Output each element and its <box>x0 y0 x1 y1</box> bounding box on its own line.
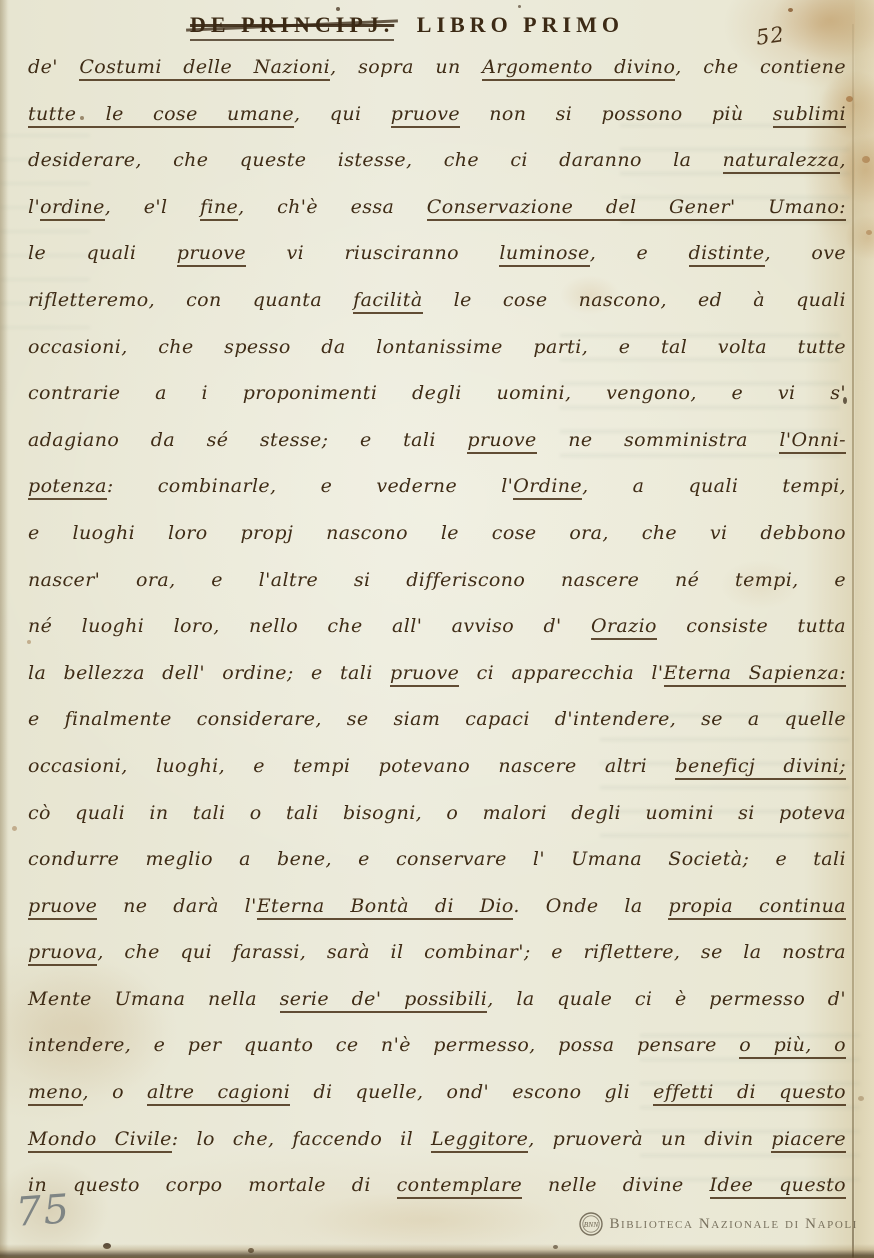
text-segment: non si possono più <box>460 103 773 125</box>
manuscript-line: la bellezza dell' ordine; e tali pruove … <box>28 650 846 697</box>
text-segment: , <box>840 149 846 171</box>
manuscript-line: l'ordine, e'l fine, ch'è essa Conservazi… <box>28 184 846 231</box>
text-segment: , che qui farassi, sarà il combinar'; e … <box>97 941 846 963</box>
manuscript-line: Mondo Civile: lo che, faccendo il Leggit… <box>28 1116 846 1163</box>
manuscript-line: potenza: combinarle, e vederne l'Ordine,… <box>28 463 846 510</box>
text-segment: nascer' ora, e l'altre si differiscono n… <box>28 569 846 591</box>
page-edge-bottom <box>0 1244 874 1258</box>
page-header: DE PRINCIPJ. LIBRO PRIMO <box>0 12 814 41</box>
manuscript-line: nascer' ora, e l'altre si differiscono n… <box>28 557 846 604</box>
text-segment: occasioni, luoghi, e tempi potevano nasc… <box>28 755 675 777</box>
text-segment: . Onde la <box>513 895 668 917</box>
manuscript-line: Mente Umana nella serie de' possibili, l… <box>28 976 846 1023</box>
underlined-phrase: Eterna Sapienza: <box>664 662 847 687</box>
underlined-phrase: beneficj divini; <box>675 755 846 780</box>
text-segment: ne somministra <box>537 429 780 451</box>
library-stamp-text: Biblioteca Nazionale di Napoli <box>609 1216 858 1233</box>
manuscript-line: intendere, e per quanto ce n'è permesso,… <box>28 1022 846 1069</box>
text-segment: ci apparecchia l' <box>459 662 663 684</box>
manuscript-line: adagiano da sé stesse; e tali pruove ne … <box>28 417 846 464</box>
underlined-phrase: meno <box>28 1081 83 1106</box>
text-segment: , a quali tempi, <box>582 475 846 497</box>
underlined-phrase: naturalezza <box>723 149 840 174</box>
text-segment: intendere, e per quanto ce n'è permesso,… <box>28 1034 739 1056</box>
text-segment: , ove <box>765 242 846 264</box>
underlined-phrase: Costumi delle Nazioni <box>79 56 330 81</box>
text-segment: occasioni, che spesso da lontanissime pa… <box>28 336 846 358</box>
underlined-phrase: potenza <box>28 475 107 500</box>
manuscript-line: pruova, che qui farassi, sarà il combina… <box>28 929 846 976</box>
text-segment: contrarie a i proponimenti degli uomini,… <box>28 382 846 404</box>
text-segment: , la quale ci è permesso d' <box>487 988 846 1010</box>
underlined-phrase: pruove <box>467 429 536 454</box>
manuscript-line: le quali pruove vi riusciranno luminose,… <box>28 230 846 277</box>
manuscript-lines: de' Costumi delle Nazioni, sopra un Argo… <box>28 44 846 1209</box>
underlined-phrase: fine <box>200 196 238 221</box>
underlined-phrase: altre cagioni <box>147 1081 290 1106</box>
text-segment: , e'l <box>105 196 200 218</box>
text-segment: , pruoverà un divin <box>528 1128 771 1150</box>
underlined-phrase: o più, o <box>739 1034 846 1059</box>
manuscript-line: e finalmente considerare, se siam capaci… <box>28 696 846 743</box>
text-segment: , e <box>590 242 689 264</box>
text-segment: cò quali in tali o tali bisogni, o malor… <box>28 802 846 824</box>
text-segment: in questo corpo mortale di <box>28 1174 397 1196</box>
text-segment: , qui <box>294 103 391 125</box>
manuscript-line: pruove ne darà l'Eterna Bontà di Dio. On… <box>28 883 846 930</box>
text-segment: de' <box>28 56 79 78</box>
underlined-phrase: effetti di questo <box>653 1081 846 1106</box>
underlined-phrase: pruove <box>390 662 459 687</box>
manuscript-line: condurre meglio a bene, e conservare l' … <box>28 836 846 883</box>
underlined-phrase: Mondo Civile <box>28 1128 172 1153</box>
underlined-phrase: Argomento divino <box>482 56 675 81</box>
text-segment: , ch'è essa <box>238 196 427 218</box>
text-segment: né luoghi loro, nello che all' avviso d' <box>28 615 591 637</box>
underlined-phrase: propia continua <box>668 895 846 920</box>
text-segment: le quali <box>28 242 177 264</box>
manuscript-line: e luoghi loro propj nascono le cose ora,… <box>28 510 846 557</box>
manuscript-line: desiderare, che queste istesse, che ci d… <box>28 137 846 184</box>
text-segment: rifletteremo, con quanta <box>28 289 353 311</box>
text-segment: ne darà l' <box>97 895 256 917</box>
underlined-phrase: Idee questo <box>710 1174 846 1199</box>
page-number-bottom-left: 75 <box>14 1186 72 1236</box>
underlined-phrase: pruove <box>177 242 246 267</box>
text-segment: la bellezza dell' ordine; e tali <box>28 662 390 684</box>
text-segment: , sopra un <box>330 56 482 78</box>
page-fold-line <box>852 24 854 1258</box>
manuscript-line: contrarie a i proponimenti degli uomini,… <box>28 370 846 417</box>
manuscript-line: rifletteremo, con quanta facilità le cos… <box>28 277 846 324</box>
text-segment: desiderare, che queste istesse, che ci d… <box>28 149 723 171</box>
text-segment: l' <box>28 196 40 218</box>
text-segment: Mente Umana nella <box>28 988 280 1010</box>
manuscript-line: meno, o altre cagioni di quelle, ond' es… <box>28 1069 846 1116</box>
underlined-phrase: distinte <box>689 242 765 267</box>
text-segment: nelle divine <box>522 1174 709 1196</box>
manuscript-line: cò quali in tali o tali bisogni, o malor… <box>28 790 846 837</box>
underlined-phrase: ordine <box>40 196 105 221</box>
monogram-letters: BNN <box>584 1220 600 1229</box>
underlined-phrase: pruova <box>28 941 97 966</box>
text-segment: , che contiene <box>675 56 846 78</box>
manuscript-line: né luoghi loro, nello che all' avviso d'… <box>28 603 846 650</box>
library-monogram-icon: BNN <box>579 1212 603 1236</box>
text-segment: di quelle, ond' escono gli <box>290 1081 653 1103</box>
page-title: LIBRO PRIMO <box>417 12 624 38</box>
underlined-phrase: Leggitore <box>431 1128 528 1153</box>
library-stamp: BNN Biblioteca Nazionale di Napoli <box>579 1212 858 1236</box>
text-segment: consiste tutta <box>657 615 846 637</box>
underlined-phrase: pruove <box>391 103 460 128</box>
underlined-phrase: Orazio <box>591 615 657 640</box>
underlined-phrase: sublimi <box>773 103 846 128</box>
text-segment: le cose nascono, ed à quali <box>423 289 846 311</box>
underlined-phrase: Ordine <box>513 475 582 500</box>
text-segment: : lo che, faccendo il <box>172 1128 431 1150</box>
underlined-phrase: Conservazione del Gener' Umano: <box>427 196 846 221</box>
underlined-phrase: l'Onni- <box>779 429 846 454</box>
manuscript-line: de' Costumi delle Nazioni, sopra un Argo… <box>28 44 846 91</box>
manuscript-line: tutte le cose umane, qui pruove non si p… <box>28 91 846 138</box>
underlined-phrase: serie de' possibili <box>280 988 488 1013</box>
text-segment: condurre meglio a bene, e conservare l' … <box>28 848 846 870</box>
text-segment: , o <box>83 1081 148 1103</box>
text-segment: vi riusciranno <box>246 242 499 264</box>
underlined-phrase: tutte le cose umane <box>28 103 294 128</box>
manuscript-line: occasioni, luoghi, e tempi potevano nasc… <box>28 743 846 790</box>
underlined-phrase: pruove <box>28 895 97 920</box>
manuscript-line: occasioni, che spesso da lontanissime pa… <box>28 324 846 371</box>
underlined-phrase: contemplare <box>397 1174 523 1199</box>
underlined-phrase: piacere <box>771 1128 846 1153</box>
page-edge-right <box>855 0 874 1258</box>
underlined-phrase: luminose <box>499 242 589 267</box>
underlined-phrase: facilità <box>353 289 422 314</box>
text-segment: e luoghi loro propj nascono le cose ora,… <box>28 522 846 544</box>
struck-through-title: DE PRINCIPJ. <box>190 12 394 41</box>
text-segment: e finalmente considerare, se siam capaci… <box>28 708 846 730</box>
underlined-phrase: Eterna Bontà di Dio <box>257 895 514 920</box>
manuscript-line: in questo corpo mortale di contemplare n… <box>28 1162 846 1209</box>
text-segment: : combinarle, e vederne l' <box>107 475 513 497</box>
text-segment: adagiano da sé stesse; e tali <box>28 429 467 451</box>
page-edge-left <box>0 0 8 1258</box>
